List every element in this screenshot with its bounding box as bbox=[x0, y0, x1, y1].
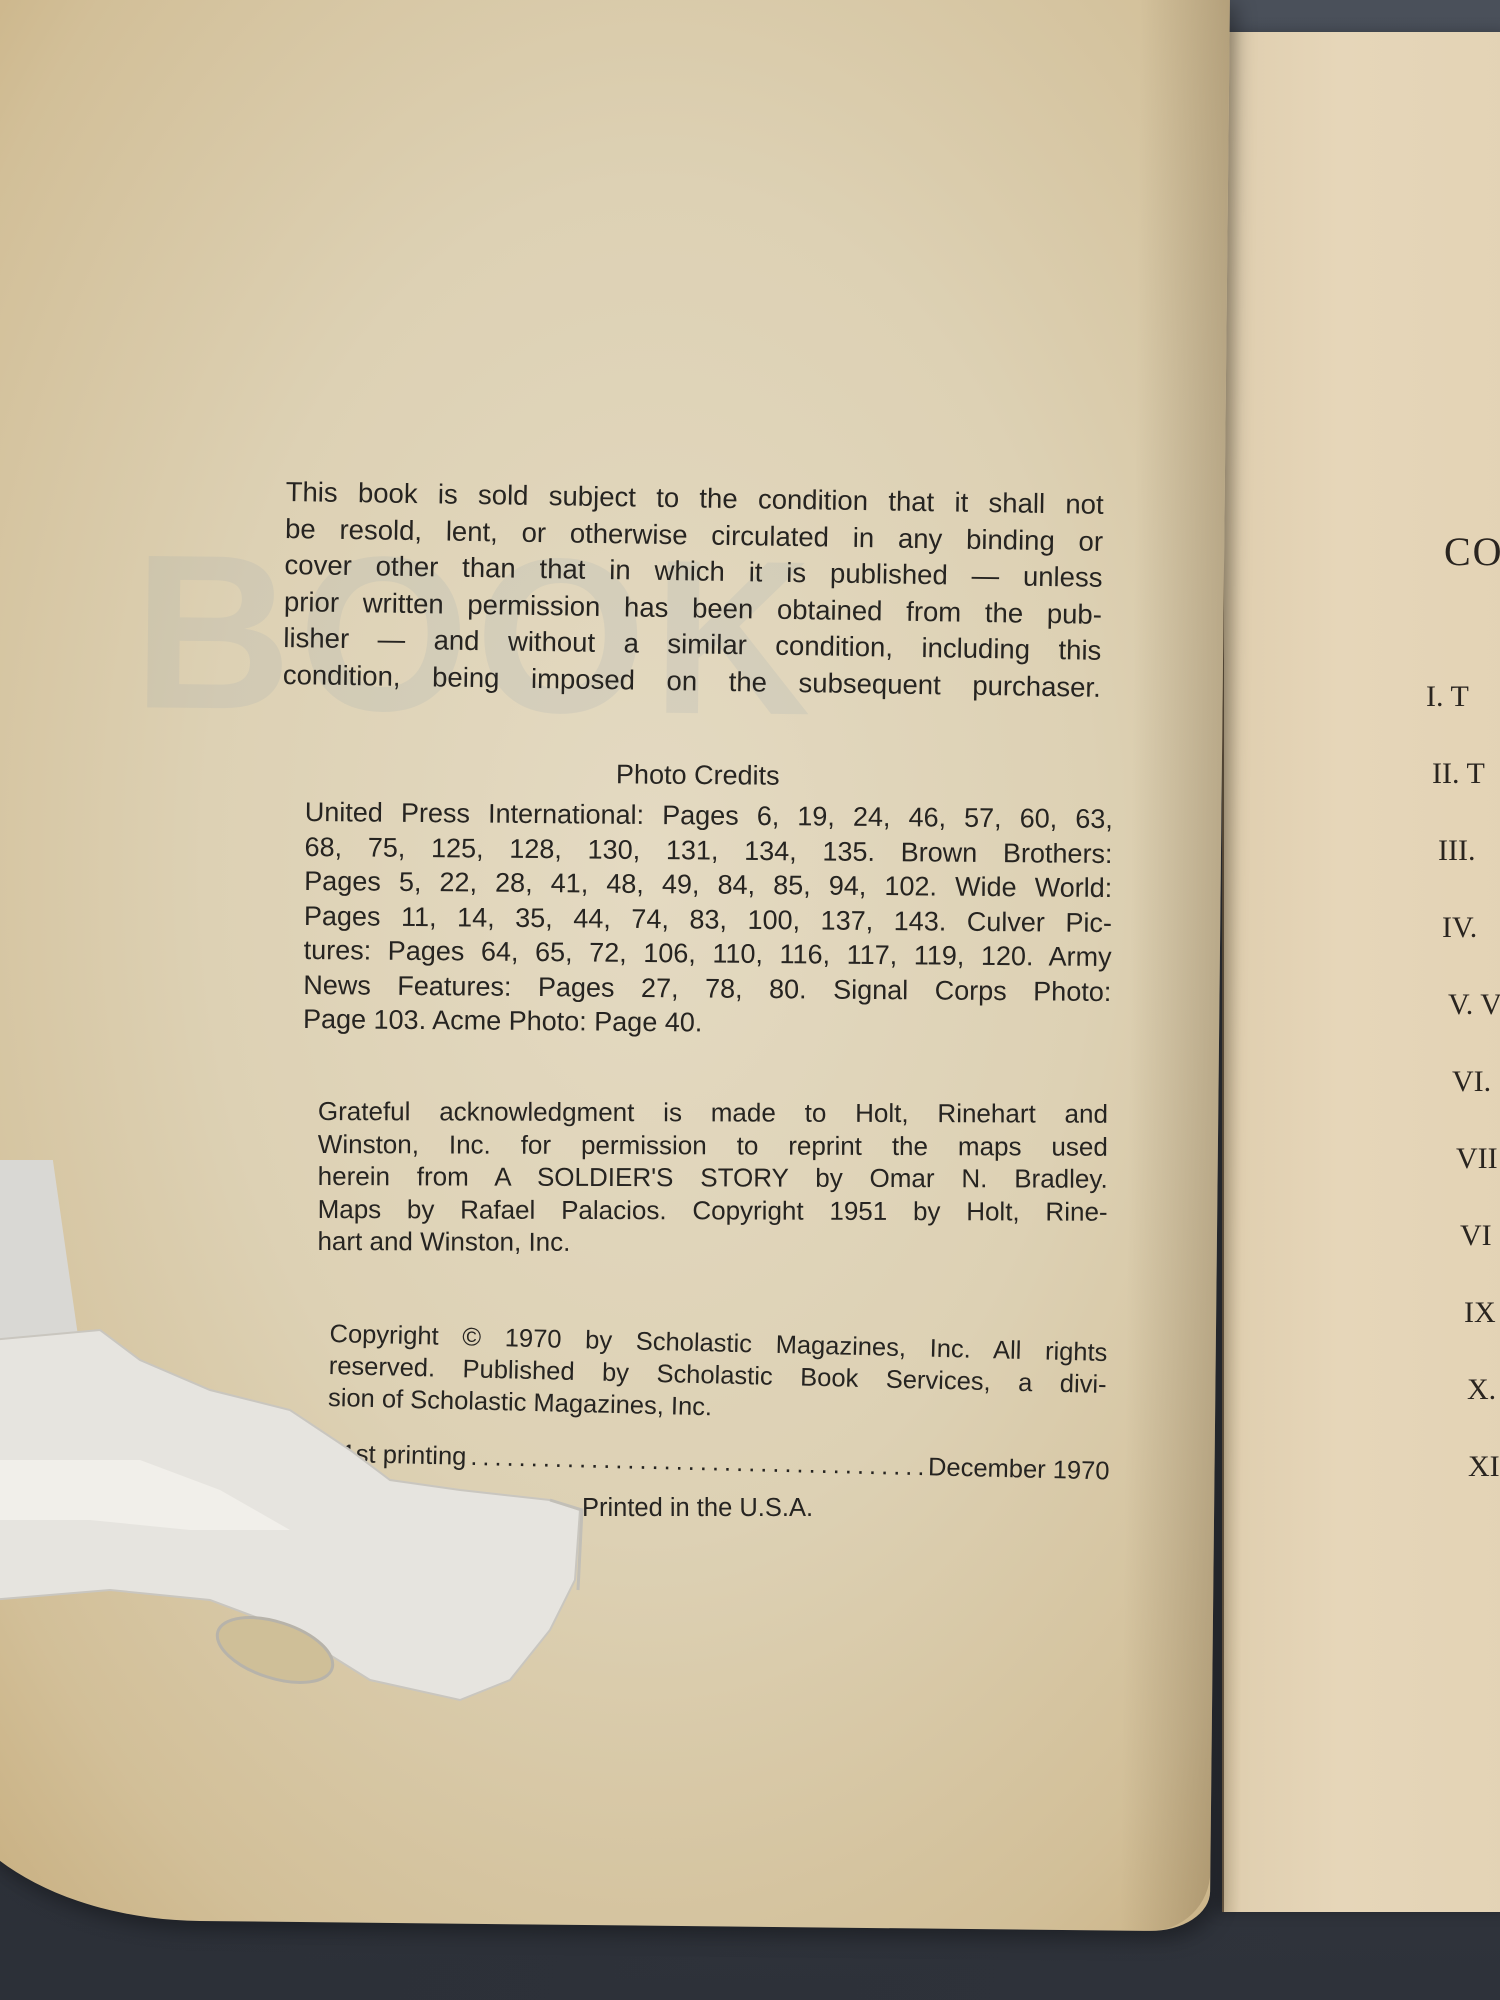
toc-item: I. T bbox=[1426, 680, 1469, 714]
toc-item: II. T bbox=[1432, 757, 1485, 791]
sale-condition-notice: This book is sold subject to the conditi… bbox=[283, 474, 1104, 706]
toc-item: VI. bbox=[1452, 1065, 1491, 1099]
toc-item: VI bbox=[1460, 1219, 1492, 1253]
toc-item: III. bbox=[1438, 834, 1475, 868]
contents-page bbox=[1222, 32, 1500, 1912]
contents-title: CO bbox=[1444, 528, 1500, 575]
photo-credits-heading: Photo Credits bbox=[616, 759, 780, 791]
toc-item: VII bbox=[1456, 1142, 1498, 1176]
page-clip-icon bbox=[0, 1160, 610, 1760]
text-line: Grateful acknowledgment is made to Holt,… bbox=[318, 1095, 1108, 1130]
toc-item: XI bbox=[1468, 1450, 1500, 1484]
photo-credits: United Press International: Pages 6, 19,… bbox=[303, 795, 1113, 1044]
toc-item: IV. bbox=[1442, 911, 1477, 945]
text-line: Winston, Inc. for permission to reprint … bbox=[318, 1127, 1108, 1162]
toc-item: X. bbox=[1467, 1373, 1496, 1407]
text-line: Page 103. Acme Photo: Page 40. bbox=[303, 1002, 1111, 1044]
toc-item: V. V bbox=[1448, 988, 1500, 1022]
printed-in-country: Printed in the U.S.A. bbox=[582, 1494, 813, 1523]
toc-item: IX bbox=[1464, 1296, 1496, 1330]
printing-date: December 1970 bbox=[928, 1453, 1110, 1486]
